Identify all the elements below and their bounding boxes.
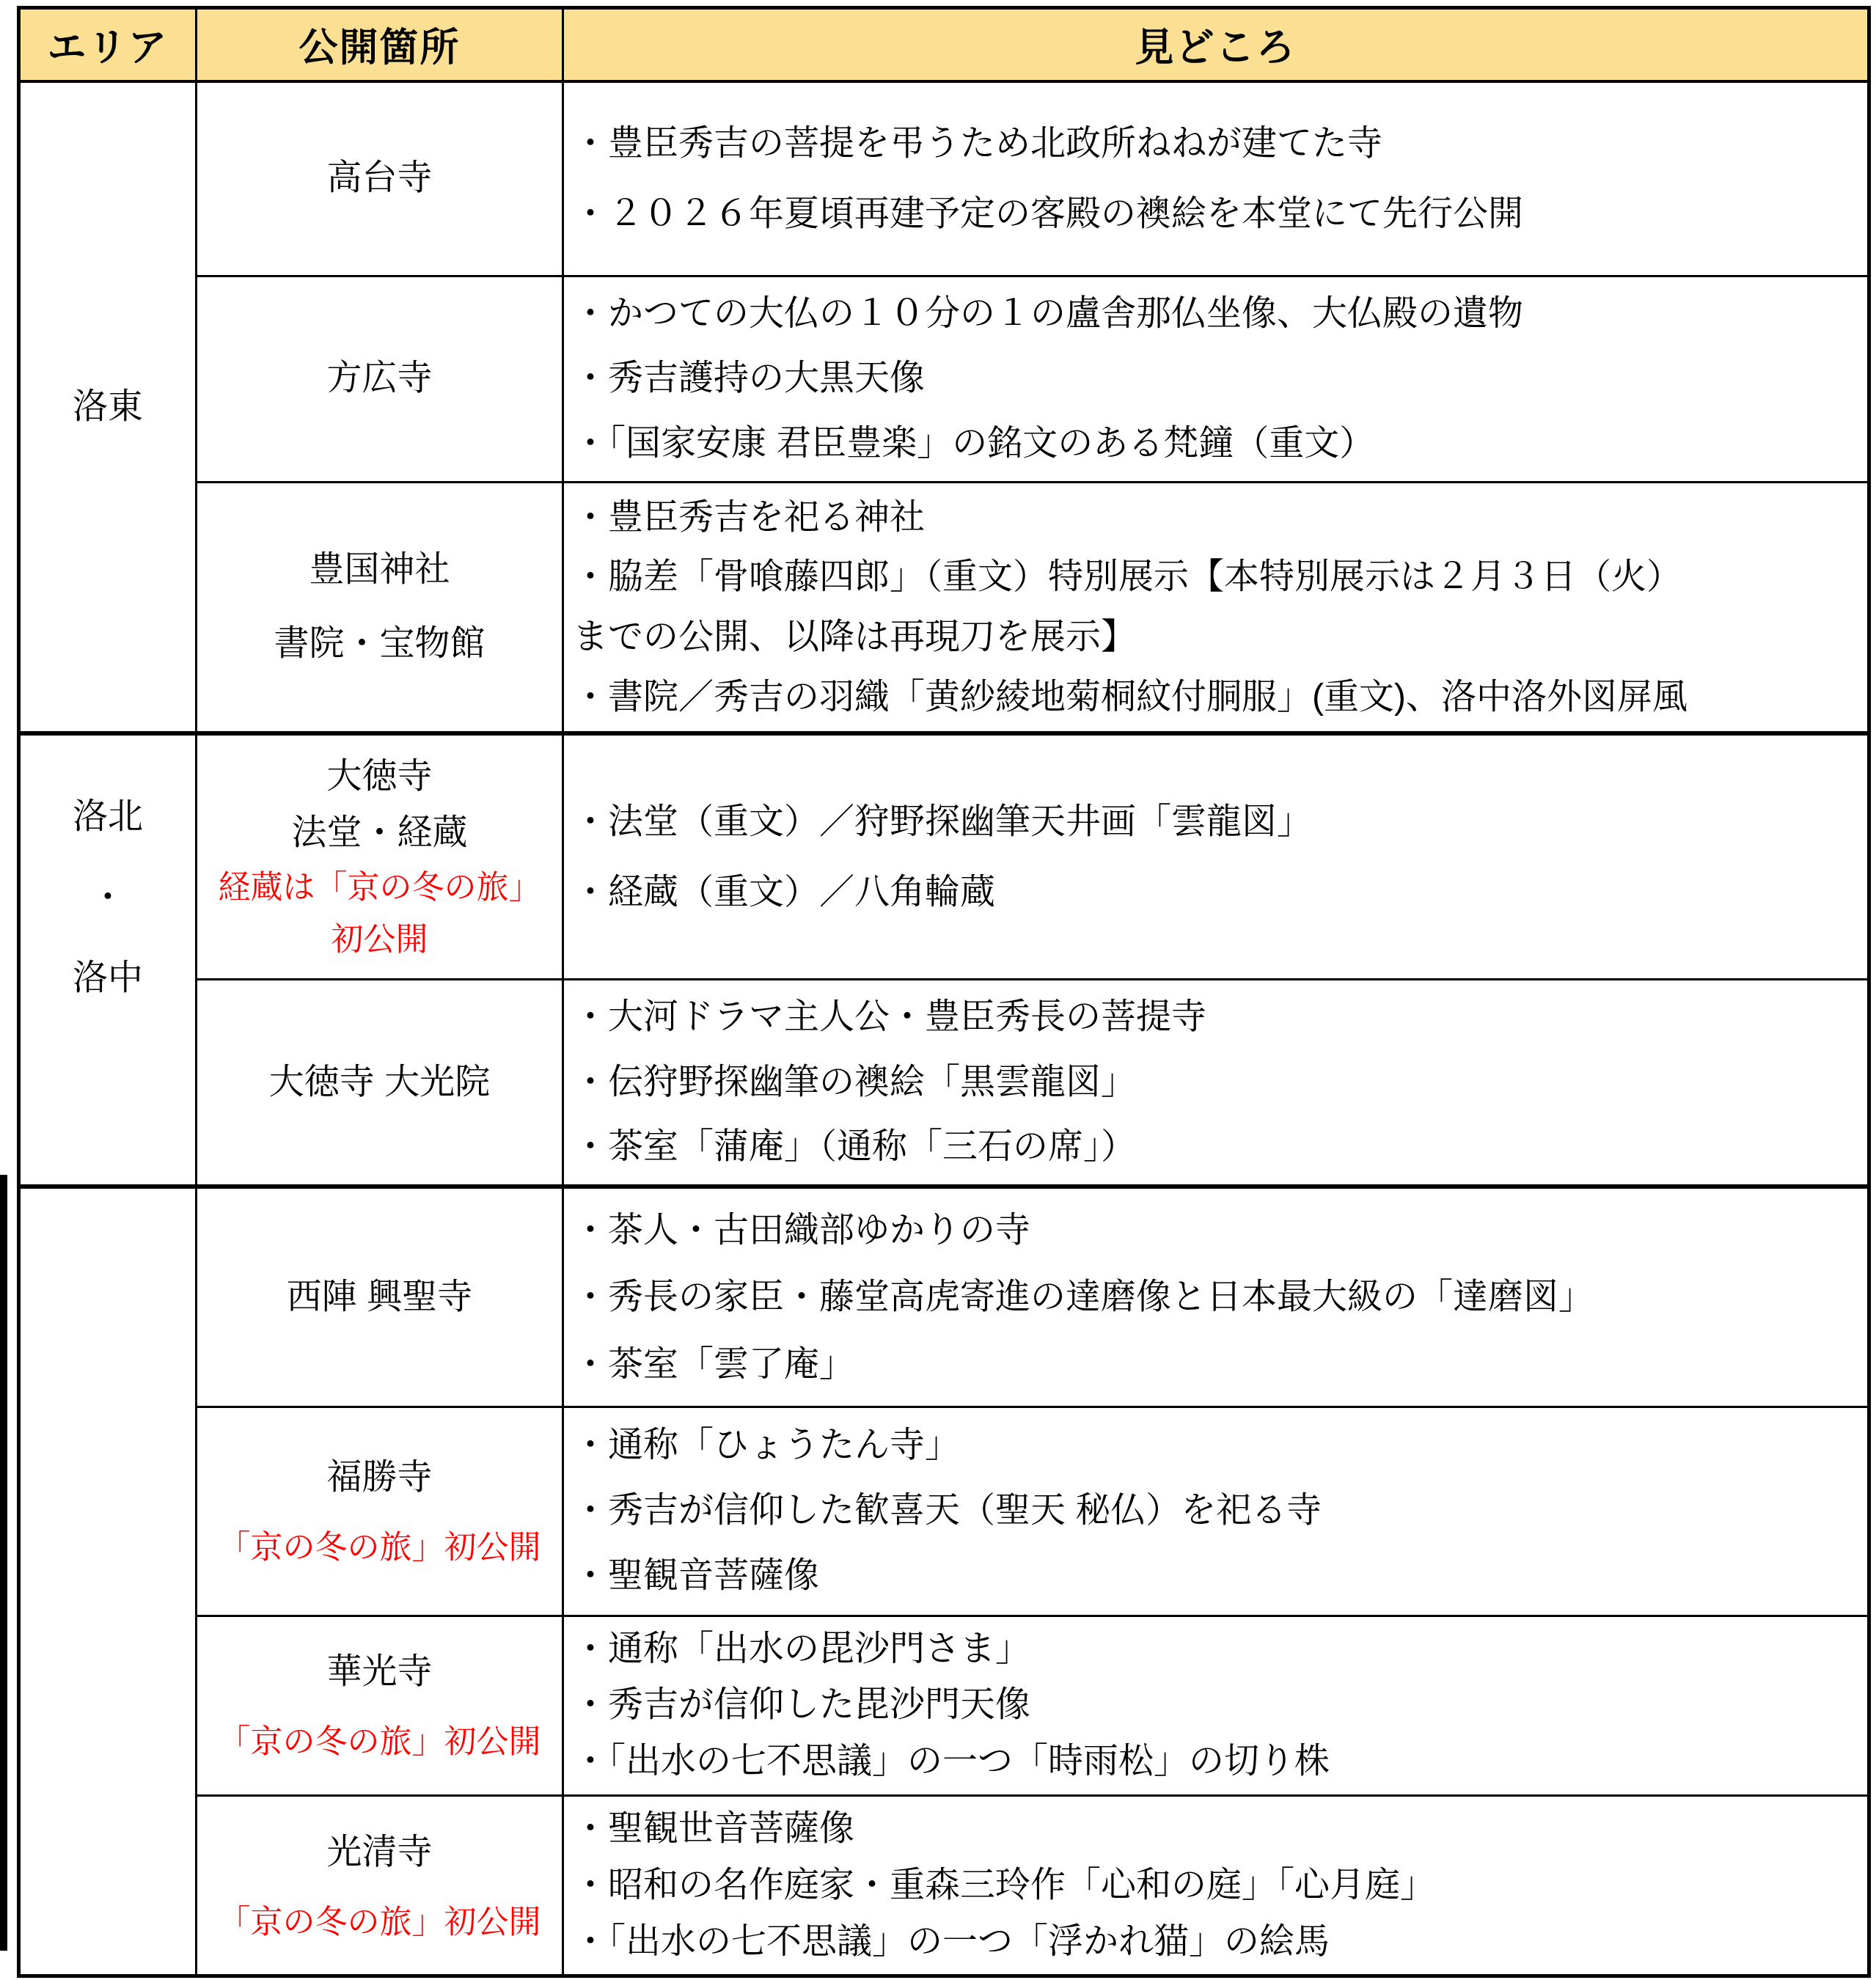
site-cell-kodaiji: 高台寺 (197, 81, 563, 276)
highlight-line: ・「出水の七不思議」の一つ「浮かれ猫」の絵馬 (573, 1914, 1860, 1970)
table-row: 光清寺 「京の冬の旅」初公開 ・聖観世音菩薩像 ・昭和の名作庭家・重森三玲作「心… (19, 1796, 1869, 1976)
site-cell-toyokuni-shrine: 豊国神社 書院・宝物館 (197, 482, 563, 733)
highlight-line: ・秀長の家臣・藤堂高虎寄進の達磨像と日本最大級の「達磨図」 (573, 1264, 1860, 1330)
highlight-line: ・豊臣秀吉の菩提を弔うため北政所ねねが建てた寺 (573, 109, 1860, 179)
highlight-line: ・秀吉が信仰した毘沙門天像 (573, 1677, 1860, 1734)
table-row: 大徳寺 大光院 ・大河ドラマ主人公・豊臣秀長の菩提寺 ・伝狩野探幽筆の襖絵「黒雲… (19, 979, 1869, 1187)
kyoto-winter-travel-table-page: エリア 公開箇所 見どころ 洛東 高台寺 ・豊臣秀吉の菩提を弔うため北政所ねねが… (0, 0, 1876, 1980)
highlights-cell: ・通称「出水の毘沙門さま」 ・秀吉が信仰した毘沙門天像 ・「出水の七不思議」の一… (563, 1616, 1869, 1795)
highlight-line: ・昭和の名作庭家・重森三玲作「心和の庭」「心月庭」 (573, 1858, 1860, 1914)
table-row: 豊国神社 書院・宝物館 ・豊臣秀吉を祀る神社 ・脇差「骨喰藤四郎」（重文）特別展… (19, 482, 1869, 733)
highlight-line: ・茶室「蒲庵」（通称「三石の席」） (573, 1115, 1860, 1180)
table-row: 西陣 興聖寺 ・茶人・古田織部ゆかりの寺 ・秀長の家臣・藤堂高虎寄進の達磨像と日… (19, 1187, 1869, 1407)
temple-special-openings-table: エリア 公開箇所 見どころ 洛東 高台寺 ・豊臣秀吉の菩提を弔うため北政所ねねが… (17, 6, 1871, 1978)
site-name: 大徳寺 (197, 748, 562, 805)
area-label-block: 洛北 ・ 洛中 (21, 777, 195, 1019)
area-label: 洛北 (21, 777, 195, 857)
table-row: 華光寺 「京の冬の旅」初公開 ・通称「出水の毘沙門さま」 ・秀吉が信仰した毘沙門… (19, 1616, 1869, 1795)
site-name: 大徳寺 大光院 (197, 1046, 562, 1120)
highlight-line: ・聖観世音菩薩像 (573, 1801, 1860, 1858)
highlight-line: ・聖観音菩薩像 (573, 1544, 1860, 1609)
area-label: 洛中 (21, 938, 195, 1019)
highlights-cell: ・豊臣秀吉の菩提を弔うため北政所ねねが建てた寺 ・２０２６年夏頃再建予定の客殿の… (563, 81, 1869, 276)
site-cell-koseiji: 光清寺 「京の冬の旅」初公開 (197, 1796, 563, 1976)
highlight-line: ・「国家安康 君臣豊楽」の銘文のある梵鐘（重文） (573, 411, 1860, 477)
highlight-line: ・豊臣秀吉を祀る神社 (573, 488, 1860, 548)
first-opening-note: 経蔵は「京の冬の旅」 (197, 862, 562, 914)
highlight-line: ・「出水の七不思議」の一つ「時雨松」の切り株 (573, 1734, 1860, 1790)
header-highlights: 見どころ (563, 8, 1869, 82)
highlights-cell: ・法堂（重文）／狩野探幽筆天井画「雲龍図」 ・経蔵（重文）／八角輪蔵 (563, 733, 1869, 979)
highlight-line: ・伝狩野探幽筆の襖絵「黒雲龍図」 (573, 1050, 1860, 1115)
site-name: 豊国神社 (197, 533, 562, 607)
highlights-cell: ・聖観世音菩薩像 ・昭和の名作庭家・重森三玲作「心和の庭」「心月庭」 ・「出水の… (563, 1796, 1869, 1976)
site-cell-kekoji: 華光寺 「京の冬の旅」初公開 (197, 1616, 563, 1795)
site-cell-fukushoji: 福勝寺 「京の冬の旅」初公開 (197, 1407, 563, 1616)
table-row: 福勝寺 「京の冬の旅」初公開 ・通称「ひょうたん寺」 ・秀吉が信仰した歓喜天（聖… (19, 1407, 1869, 1616)
highlight-line: ・法堂（重文）／狩野探幽筆天井画「雲龍図」 (573, 787, 1860, 857)
site-cell-hokoji: 方広寺 (197, 276, 563, 482)
first-opening-note: 「京の冬の旅」初公開 (197, 1515, 562, 1581)
highlight-line: ・秀吉護持の大黒天像 (573, 346, 1860, 411)
area-cell-empty (19, 1187, 197, 1976)
highlights-cell: ・大河ドラマ主人公・豊臣秀長の菩提寺 ・伝狩野探幽筆の襖絵「黒雲龍図」 ・茶室「… (563, 979, 1869, 1187)
highlights-cell: ・かつての大仏の１０分の１の盧舎那仏坐像、大仏殿の遺物 ・秀吉護持の大黒天像 ・… (563, 276, 1869, 482)
site-name: 西陣 興聖寺 (197, 1261, 562, 1335)
table-row: 洛東 高台寺 ・豊臣秀吉の菩提を弔うため北政所ねねが建てた寺 ・２０２６年夏頃再… (19, 81, 1869, 276)
site-cell-daitokuji-daikoin: 大徳寺 大光院 (197, 979, 563, 1187)
header-area: エリア (19, 8, 197, 82)
site-name: 福勝寺 (197, 1441, 562, 1515)
highlight-line-continuation: までの公開、以降は再現刀を展示】 (573, 607, 1860, 667)
site-cell-nishijin-koshoji: 西陣 興聖寺 (197, 1187, 563, 1407)
first-opening-note: 「京の冬の旅」初公開 (197, 1709, 562, 1775)
highlight-line: ・茶人・古田織部ゆかりの寺 (573, 1197, 1860, 1264)
area-cell-rakuhoku-rakuchu: 洛北 ・ 洛中 (19, 733, 197, 1187)
highlights-cell: ・通称「ひょうたん寺」 ・秀吉が信仰した歓喜天（聖天 秘仏）を祀る寺 ・聖観音菩… (563, 1407, 1869, 1616)
highlight-line: ・書院／秀吉の羽織「黄紗綾地菊桐紋付胴服」(重文)、洛中洛外図屏風 (573, 667, 1860, 727)
highlight-line: ・秀吉が信仰した歓喜天（聖天 秘仏）を祀る寺 (573, 1478, 1860, 1544)
site-cell-daitokuji-hatto-kyozo: 大徳寺 法堂・経蔵 経蔵は「京の冬の旅」 初公開 (197, 733, 563, 979)
table-header-row: エリア 公開箇所 見どころ (19, 8, 1869, 82)
first-opening-note: 初公開 (197, 914, 562, 966)
highlight-line: ・茶室「雲了庵」 (573, 1331, 1860, 1398)
left-edge-crop-bar (0, 1175, 7, 1951)
header-location: 公開箇所 (197, 8, 563, 82)
table-row: 洛北 ・ 洛中 大徳寺 法堂・経蔵 経蔵は「京の冬の旅」 初公開 ・法堂（重文）… (19, 733, 1869, 979)
site-name: 光清寺 (197, 1816, 562, 1890)
highlight-line: ・２０２６年夏頃再建予定の客殿の襖絵を本堂にて先行公開 (573, 179, 1860, 249)
area-cell-rakuto: 洛東 (19, 81, 197, 733)
site-name: 高台寺 (197, 142, 562, 216)
site-name: 華光寺 (197, 1635, 562, 1709)
highlight-line: ・大河ドラマ主人公・豊臣秀長の菩提寺 (573, 985, 1860, 1050)
first-opening-note: 「京の冬の旅」初公開 (197, 1890, 562, 1956)
highlights-cell: ・茶人・古田織部ゆかりの寺 ・秀長の家臣・藤堂高虎寄進の達磨像と日本最大級の「達… (563, 1187, 1869, 1407)
highlight-line: ・通称「出水の毘沙門さま」 (573, 1621, 1860, 1678)
area-label: 洛東 (21, 367, 195, 447)
highlight-line: ・かつての大仏の１０分の１の盧舎那仏坐像、大仏殿の遺物 (573, 282, 1860, 347)
site-name-sub: 法堂・経蔵 (197, 804, 562, 862)
site-name-sub: 書院・宝物館 (197, 607, 562, 681)
table-row: 方広寺 ・かつての大仏の１０分の１の盧舎那仏坐像、大仏殿の遺物 ・秀吉護持の大黒… (19, 276, 1869, 482)
highlight-line: ・通称「ひょうたん寺」 (573, 1413, 1860, 1478)
highlight-line: ・経蔵（重文）／八角輪蔵 (573, 857, 1860, 928)
area-label-dot: ・ (21, 857, 195, 938)
highlight-line: ・脇差「骨喰藤四郎」（重文）特別展示【本特別展示は２月３日（火） (573, 547, 1860, 607)
highlights-cell: ・豊臣秀吉を祀る神社 ・脇差「骨喰藤四郎」（重文）特別展示【本特別展示は２月３日… (563, 482, 1869, 733)
site-name: 方広寺 (197, 342, 562, 416)
